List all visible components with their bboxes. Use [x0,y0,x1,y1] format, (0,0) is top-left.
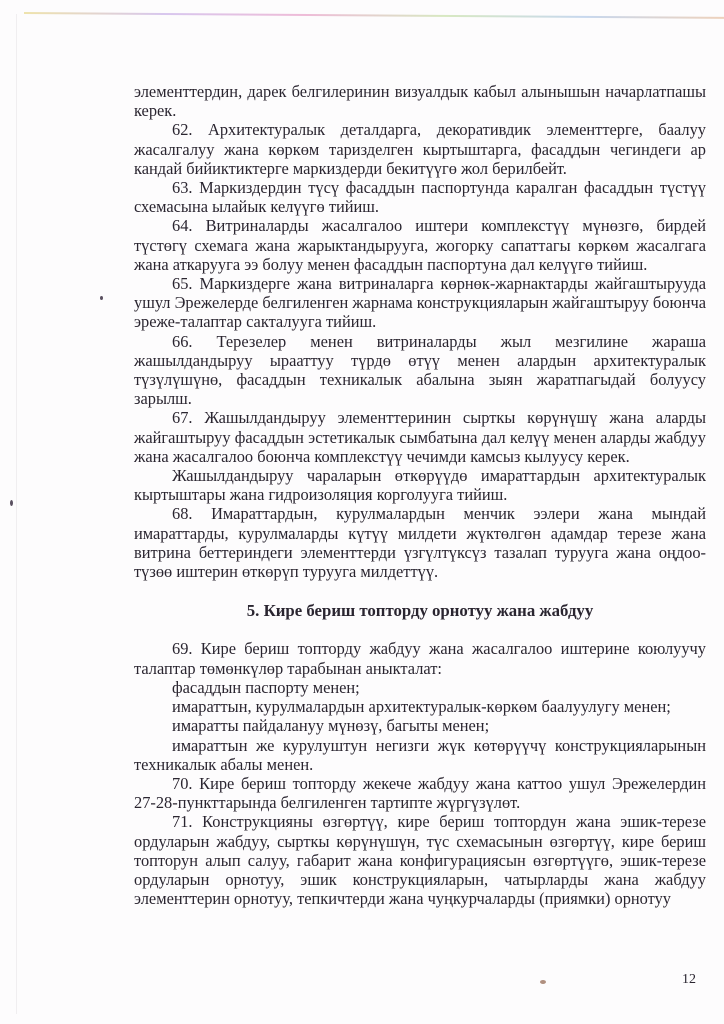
list-item: имаратты пайдалануу мүнөзү, багыты менен… [134,716,706,735]
paragraph-70: 70. Кире бериш топторду жекече жабдуу жа… [134,774,706,812]
scan-speck [540,980,546,984]
scan-speck [100,296,103,300]
scan-speck [10,500,13,506]
paragraph-63: 63. Маркиздердин түсү фасаддын паспортун… [134,178,706,216]
paragraph-continuation: элементтердин, дарек белгилеринин визуал… [134,82,706,120]
list-item: имараттын, курулмалардын архитектуралык-… [134,697,706,716]
paragraph-69: 69. Кире бериш топторду жабдуу жана жаса… [134,639,706,677]
paragraph-65: 65. Маркиздерге жана витриналарга көрнөк… [134,274,706,332]
list-item: фасаддын паспорту менен; [134,678,706,697]
section-heading: 5. Кире бериш топторду орнотуу жана жабд… [134,601,706,620]
paragraph-64: 64. Витриналарды жасалгалоо иштери компл… [134,216,706,274]
paragraph-66: 66. Терезелер менен витриналарды жыл мез… [134,332,706,409]
paragraph-62: 62. Архитектуралык деталдарга, декоратив… [134,120,706,178]
document-page: элементтердин, дарек белгилеринин визуал… [134,82,706,908]
scan-top-edge [24,12,724,19]
paragraph-67: 67. Жашылдандыруу элементтеринин сырткы … [134,408,706,466]
paragraph-67-continued: Жашылдандыруу чараларын өткөрүүдө имарат… [134,466,706,504]
paragraph-71: 71. Конструкцияны өзгөртүү, кире бериш т… [134,812,706,908]
page-number: 12 [682,972,696,988]
paragraph-68: 68. Имараттардын, курулмалардын менчик э… [134,504,706,581]
scan-left-edge [16,14,17,1014]
list-item: имараттын же курулуштун негизги жүк көтө… [134,736,706,774]
